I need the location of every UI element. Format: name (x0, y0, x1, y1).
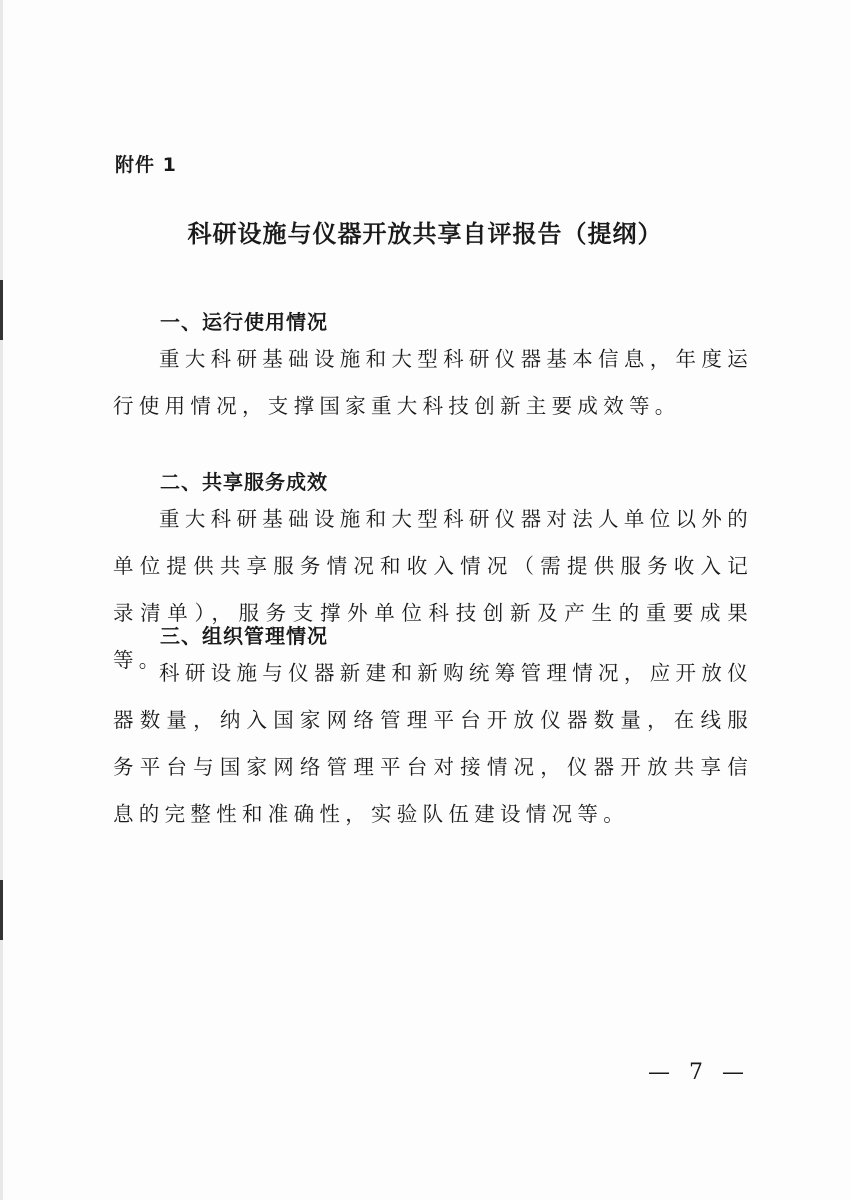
section-body-3: 科研设施与仪器新建和新购统筹管理情况，应开放仪器数量，纳入国家网络管理平台开放仪… (113, 650, 753, 838)
document-title: 科研设施与仪器开放共享自评报告（提纲） (0, 214, 850, 249)
section-heading-2: 二、共享服务成效 (160, 466, 328, 495)
page-number: — 7 — (648, 1060, 750, 1085)
section-heading-3: 三、组织管理情况 (160, 620, 328, 649)
scan-mark (0, 280, 3, 340)
scan-mark (0, 880, 3, 940)
scan-edge (0, 0, 3, 1200)
attachment-label: 附件 1 (115, 150, 177, 177)
section-body-1: 重大科研基础设施和大型科研仪器基本信息，年度运行使用情况，支撑国家重大科技创新主… (113, 336, 753, 430)
section-heading-1: 一、运行使用情况 (160, 306, 328, 335)
